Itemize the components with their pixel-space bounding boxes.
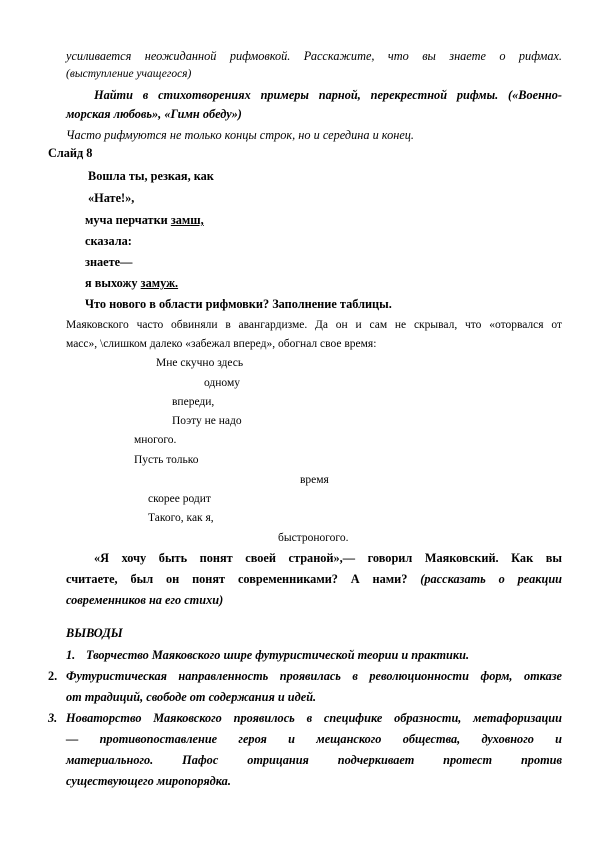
conclusion-item-3-line-3: материального. Пафос отрицания подчеркив… (66, 752, 562, 768)
conclusion-item-3-line-2: — противопоставление героя и мещанского … (66, 731, 562, 747)
poem1-line-4: сказала: (85, 233, 132, 249)
poem1-line-2: «Нате!», (88, 190, 134, 206)
quote-task: (рассказать о реакции (420, 572, 562, 586)
conclusion-item-3-number: 3. (48, 710, 57, 726)
task-line-2: морская любовь», «Гимн обеду») (66, 106, 242, 122)
rhyme-question: Что нового в области рифмовки? Заполнени… (85, 296, 392, 312)
poem1-line-5: знаете— (85, 254, 132, 270)
quote-question: считаете, был он понят современниками? А… (66, 572, 407, 586)
conclusion-item-2-number: 2. (48, 668, 57, 684)
poem1-line-3-text: муча перчатки (85, 213, 171, 227)
poem2-line-4: Поэту не надо (172, 413, 242, 429)
poem2-line-5: многого. (134, 432, 176, 448)
conclusion-item-3-line-4: существующего миропорядка. (66, 773, 231, 789)
rhyme-word-zamuzh: замуж. (141, 276, 178, 290)
conclusion-item-3-line-1: Новаторство Маяковского проявилось в спе… (66, 710, 562, 726)
conclusions-heading: ВЫВОДЫ (66, 625, 123, 641)
rhyme-note: Часто рифмуются не только концы строк, н… (66, 127, 414, 143)
quote-line-1: «Я хочу быть понят своей страной»,— гово… (94, 550, 562, 566)
poem2-line-9: Такого, как я, (148, 510, 214, 526)
poem1-line-6: я выхожу замуж. (85, 275, 178, 291)
quote-line-2: считаете, был он понят современниками? А… (66, 571, 562, 587)
task-line-1: Найти в стихотворениях примеры парной, п… (94, 87, 562, 103)
slide-heading: Слайд 8 (48, 145, 92, 161)
poem2-line-3: впереди, (172, 394, 214, 410)
poem2-line-8: скорее родит (148, 491, 211, 507)
poem1-line-6-text: я выхожу (85, 276, 141, 290)
conclusion-text: Творчество Маяковского шире футуристичес… (86, 648, 469, 662)
intro-line-2: (выступление учащегося) (66, 66, 191, 82)
poem2-line-6: Пусть только (134, 452, 199, 468)
conclusion-item-1: 1.Творчество Маяковского шире футуристич… (66, 647, 469, 663)
poem2-line-2: одному (204, 375, 240, 391)
conclusion-number: 1. (66, 647, 86, 663)
poem2-line-10: быстроногого. (278, 530, 349, 546)
conclusion-item-2-line-2: от традиций, свободе от содержания и иде… (66, 689, 316, 705)
poem2-line-7: время (300, 472, 329, 488)
intro-line-1: усиливается неожиданной рифмовкой. Расск… (66, 48, 562, 64)
poem1-line-1: Вошла ты, резкая, как (88, 168, 214, 184)
avantgarde-para-line-1: Маяковского часто обвиняли в авангардизм… (66, 317, 562, 333)
avantgarde-para-line-2: масс», \слишком далеко «забежал вперед»,… (66, 336, 376, 352)
poem2-line-1: Мне скучно здесь (156, 355, 243, 371)
conclusion-item-2-line-1: Футуристическая направленность проявилас… (66, 668, 562, 684)
quote-line-3: современников на его стихи) (66, 592, 223, 608)
rhyme-word-zamsh: замш, (171, 213, 204, 227)
poem1-line-3: муча перчатки замш, (85, 212, 204, 228)
